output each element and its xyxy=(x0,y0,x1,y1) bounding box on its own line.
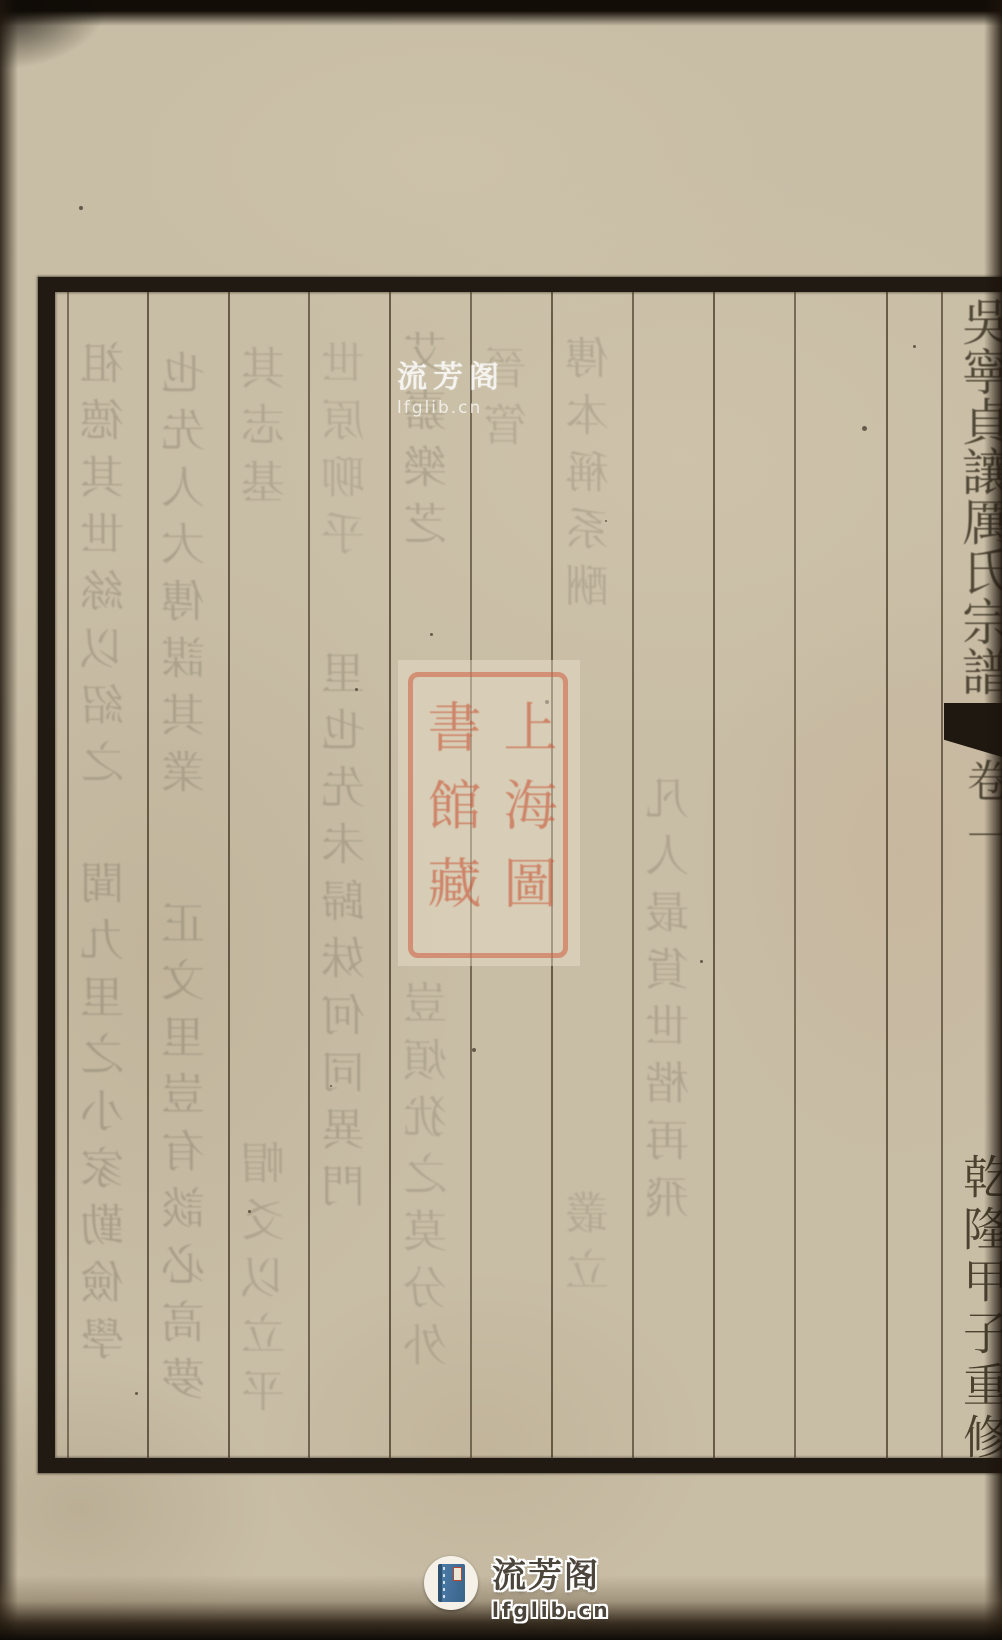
column-line xyxy=(308,292,310,1459)
ink-speck xyxy=(862,426,867,431)
seal-text-left-column: 書館藏 xyxy=(423,699,477,933)
column-line xyxy=(632,292,634,1459)
ink-speck xyxy=(79,206,83,210)
watermark-bottom-text: 流芳阁 lfglib.cn xyxy=(492,1548,611,1622)
column-line xyxy=(941,292,943,1459)
watermark-top-site: lfglib.cn xyxy=(397,398,505,418)
photo-edge-top xyxy=(0,0,1002,26)
ink-speck xyxy=(472,1048,476,1052)
photo-edge-right xyxy=(984,0,1002,1640)
watermark-bottom-site: lfglib.cn xyxy=(492,1598,611,1622)
library-seal: 上海圖 書館藏 xyxy=(408,672,568,958)
logo-circle xyxy=(424,1556,478,1610)
watermark-bottom: 流芳阁 lfglib.cn xyxy=(424,1548,611,1622)
ink-speck xyxy=(913,345,916,348)
seal-text-right-column: 上海圖 xyxy=(499,699,553,933)
ink-speck xyxy=(355,688,358,691)
ink-speck xyxy=(700,960,703,963)
column-line xyxy=(228,292,230,1459)
ink-speck xyxy=(330,1085,332,1087)
watermark-bottom-brand: 流芳阁 xyxy=(492,1548,611,1597)
watermark-top-brand: 流芳阁 xyxy=(397,352,505,396)
ink-speck xyxy=(430,633,433,636)
photo-edge-left xyxy=(0,0,18,1640)
ink-speck xyxy=(605,520,607,522)
column-line xyxy=(713,292,715,1459)
scanned-genealogy-page: { "banxin": { "title": "吳寧貞讓厲氏宗譜", "volu… xyxy=(0,0,1002,1640)
watermark-top: 流芳阁 lfglib.cn xyxy=(397,352,505,418)
column-line xyxy=(886,292,888,1459)
ink-speck xyxy=(135,1392,138,1395)
book-icon xyxy=(438,1564,465,1602)
ink-speck xyxy=(248,1210,251,1213)
column-line xyxy=(794,292,796,1459)
column-line xyxy=(67,292,69,1459)
column-line xyxy=(147,292,149,1459)
column-line xyxy=(389,292,391,1459)
